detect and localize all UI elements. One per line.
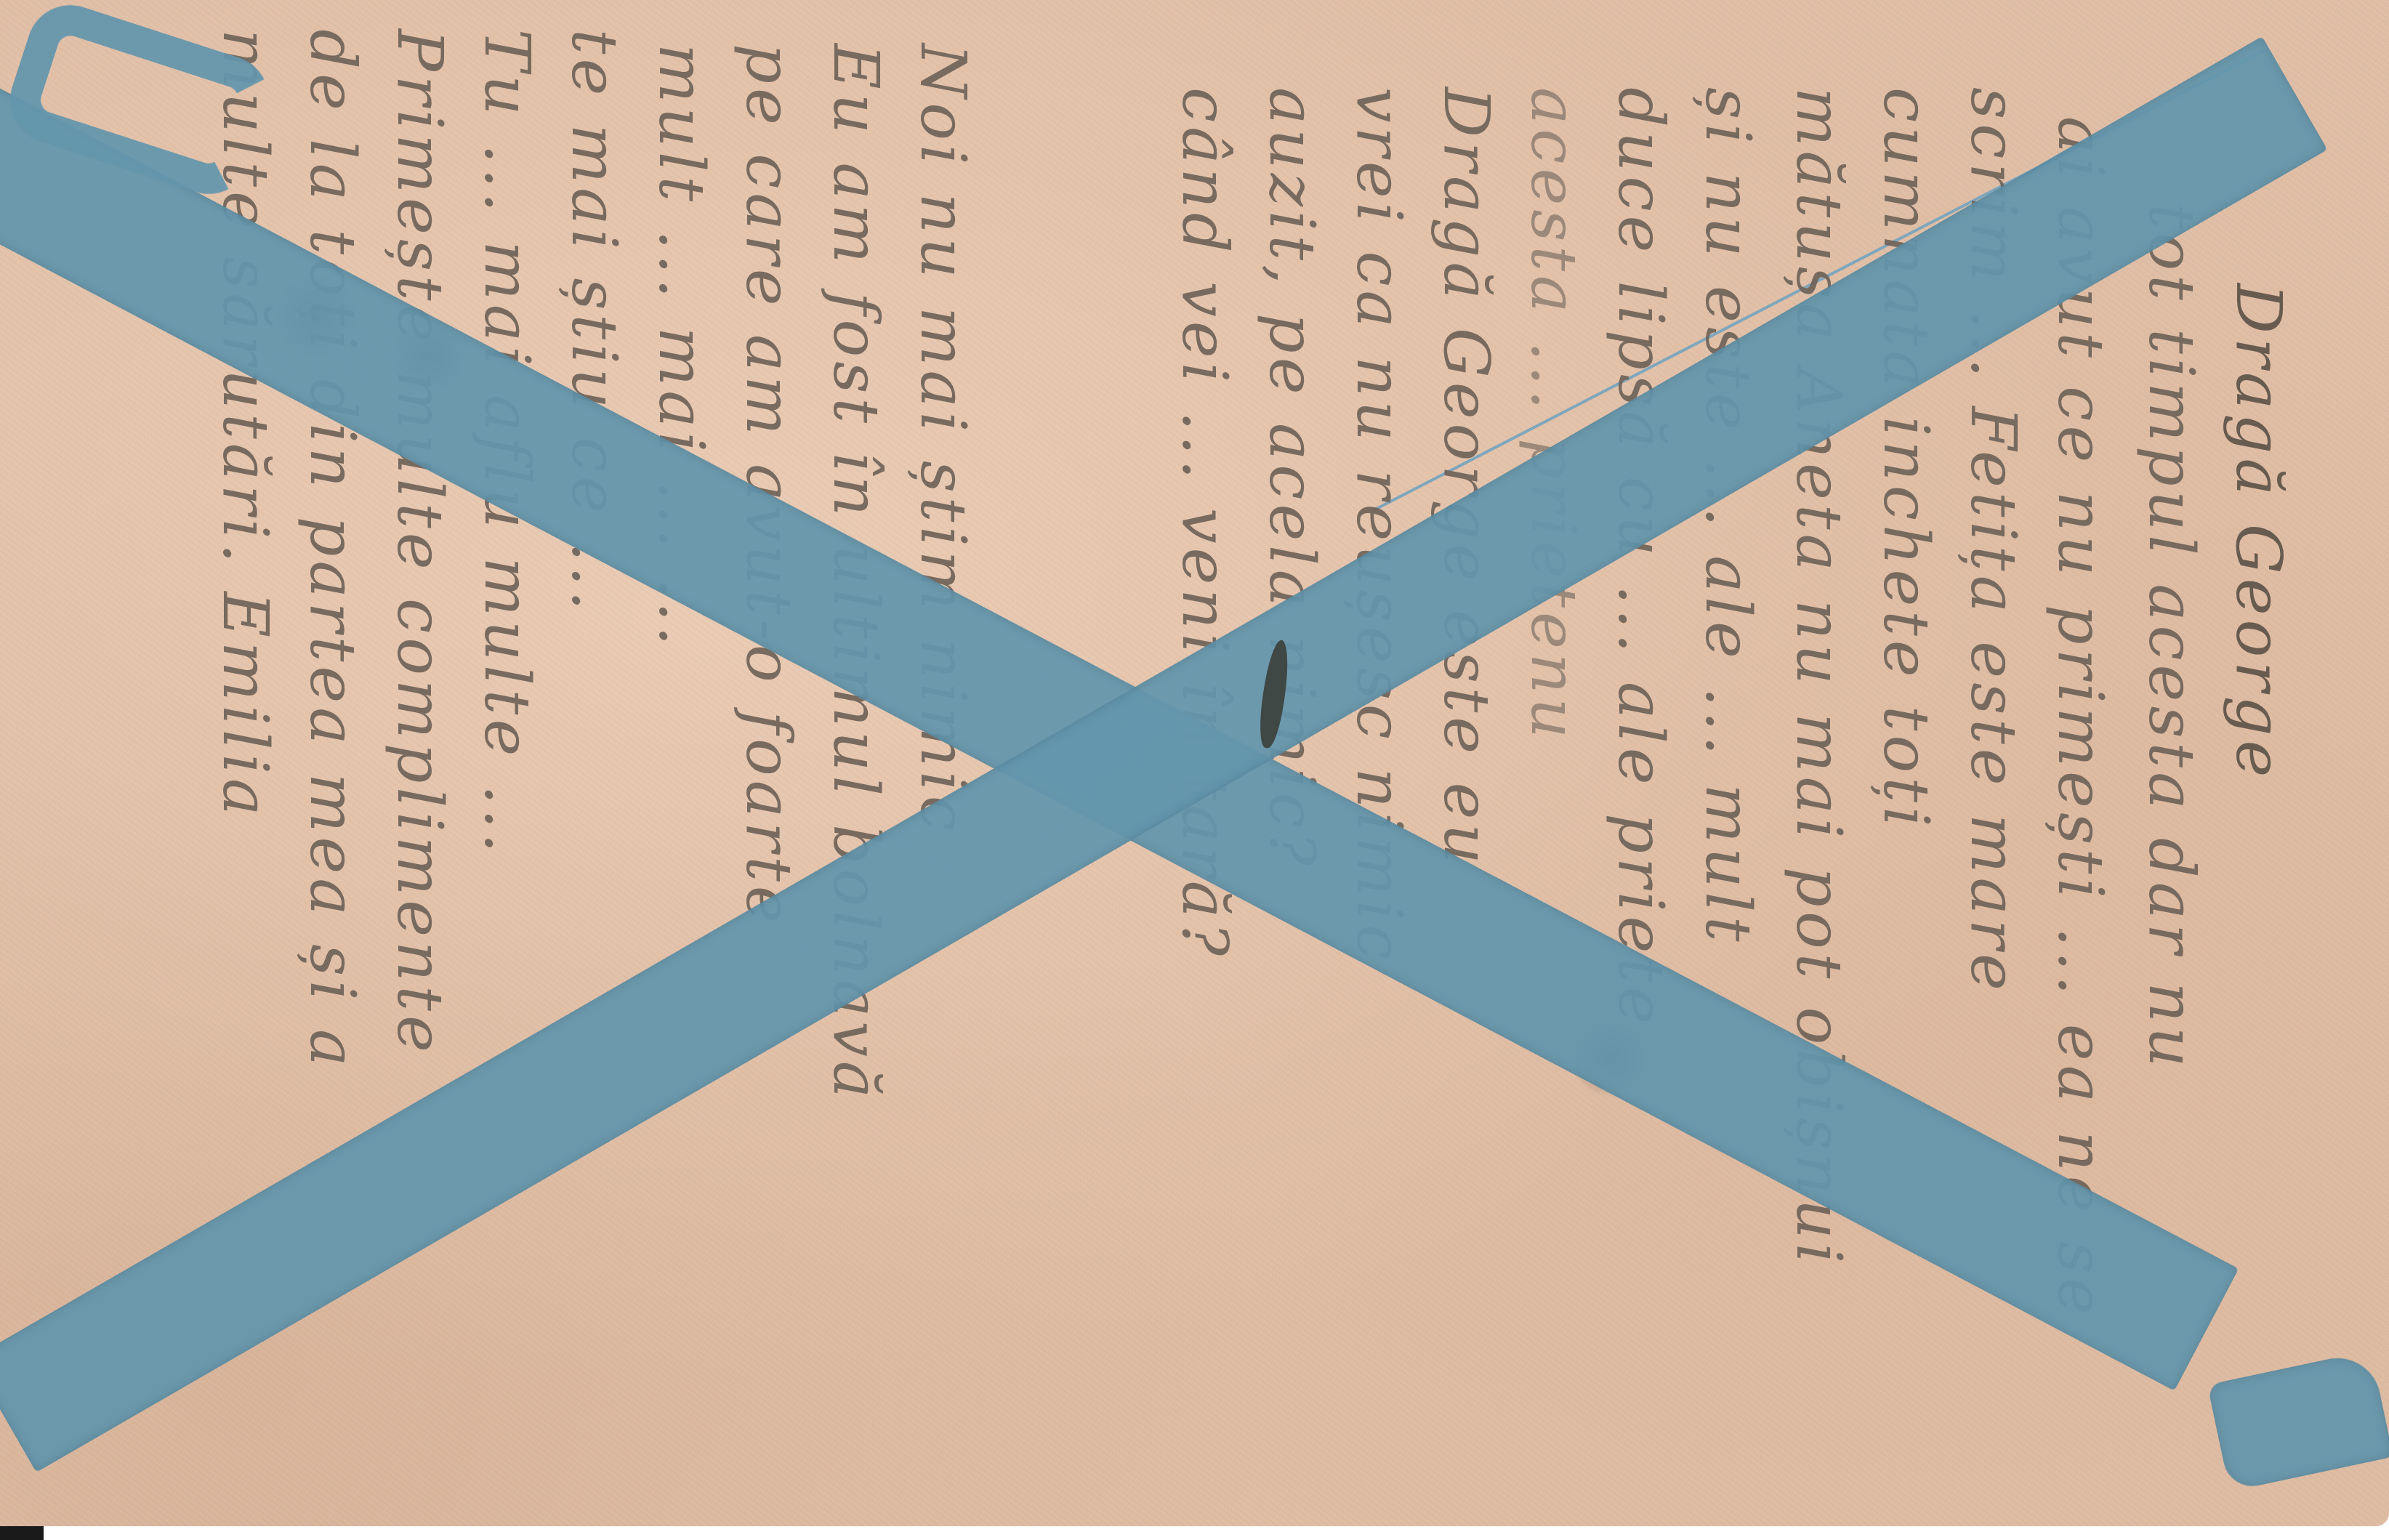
letter-line: și nu este ... ale ... mult — [1696, 87, 1759, 946]
letter-line: acesta ... prietenu — [1522, 87, 1584, 743]
postcard: Dragă George tot timpul acesta dar nu ai… — [0, 0, 2389, 1526]
letter-line: cumnata inchete toți — [1874, 87, 1937, 831]
scan-edge-shadow — [0, 1526, 44, 1540]
scan-margin — [0, 1526, 2389, 1540]
letter-line: Primește multe complimente — [388, 29, 451, 1057]
salutation: Dragă George — [2227, 283, 2289, 781]
letter-line: tot timpul acesta dar nu — [2140, 203, 2202, 1071]
letter-line: Dragă George este eu — [1435, 87, 1497, 868]
letter-line: de la toți din partea mea și a — [301, 29, 363, 1071]
